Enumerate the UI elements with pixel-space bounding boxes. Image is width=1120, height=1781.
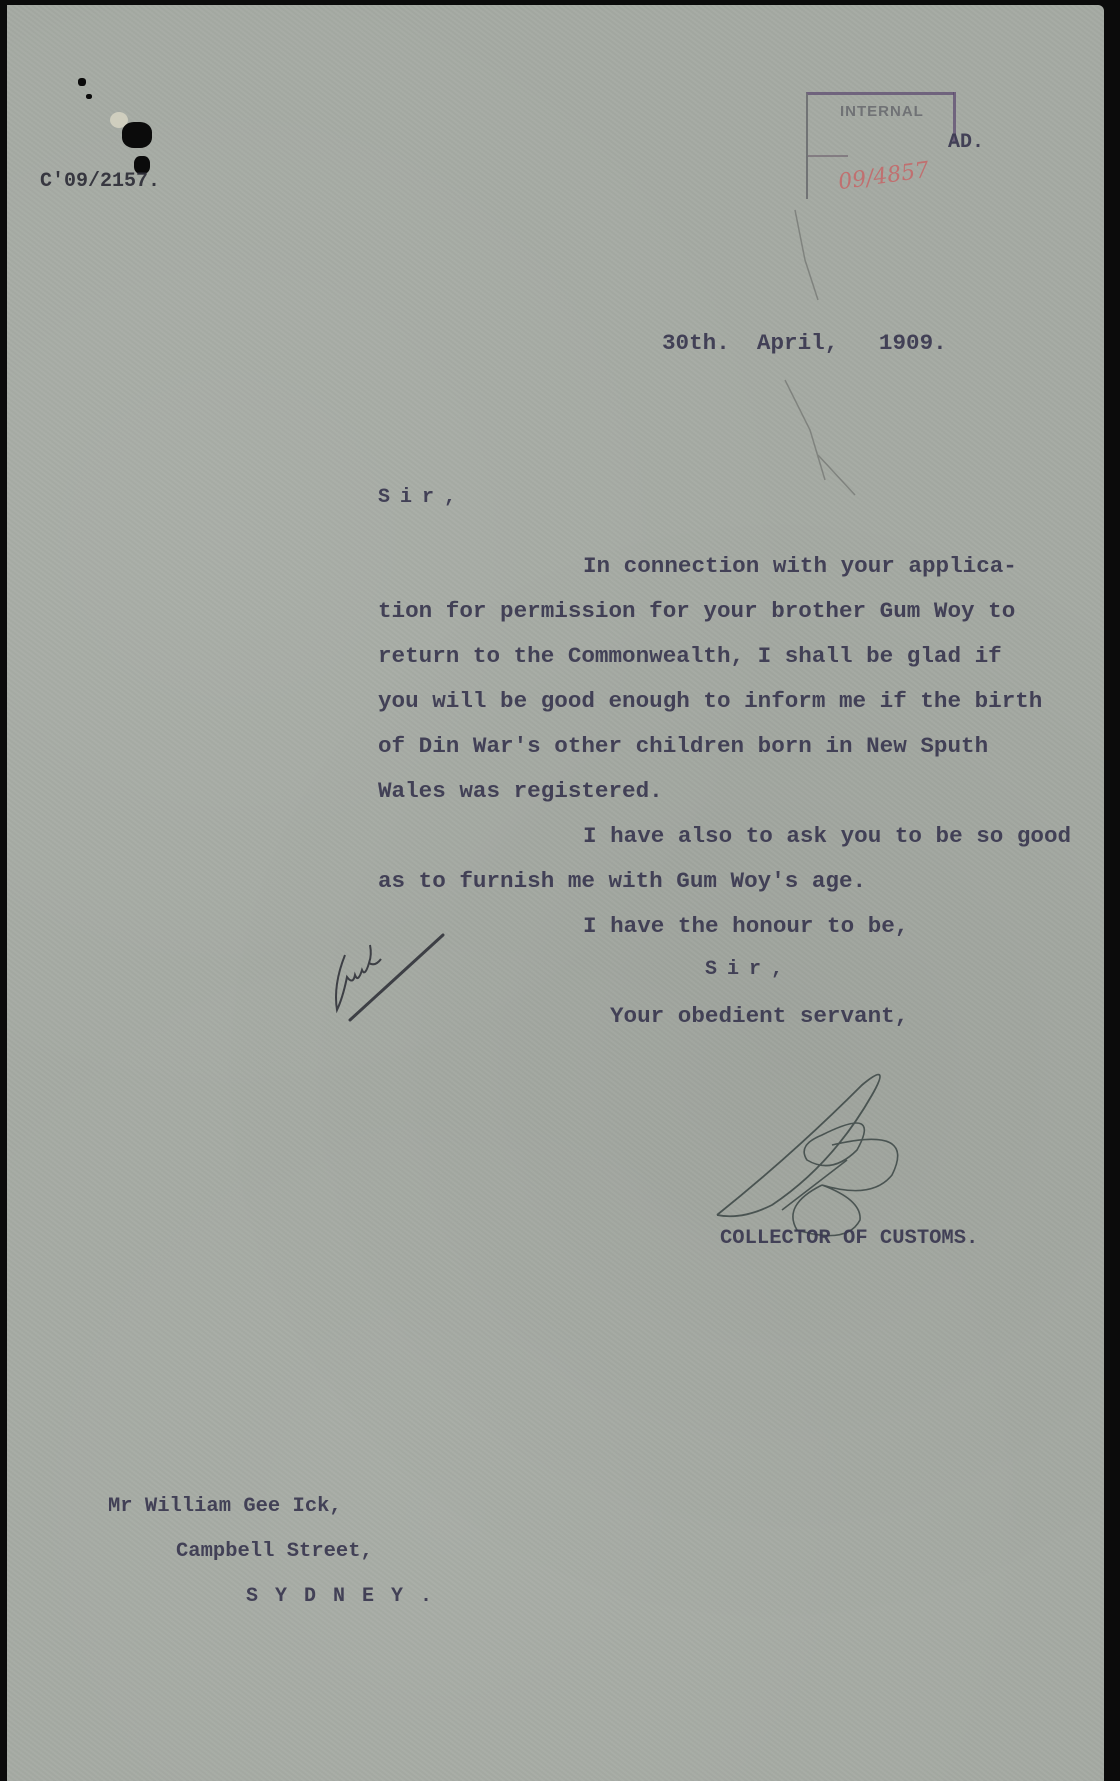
signature-title: COLLECTOR OF CUSTOMS. — [720, 1229, 978, 1250]
letter-date: 30th. April, 1909. — [662, 332, 947, 355]
body-line: tion for permission for your brother Gum… — [378, 600, 1015, 623]
body-line: Wales was registered. — [378, 780, 663, 803]
closing-salutation: Sir, — [705, 960, 793, 980]
body-line: as to furnish me with Gum Woy's age. — [378, 870, 866, 893]
addressee-street: Campbell Street, — [176, 1542, 373, 1563]
body-line: In connection with your applica- — [583, 555, 1017, 578]
body-line: of Din War's other children born in New … — [378, 735, 988, 758]
handwritten-initials — [325, 915, 455, 1025]
body-line: I have also to ask you to be so good — [583, 825, 1071, 848]
salutation: Sir, — [378, 488, 466, 508]
body-line: return to the Commonwealth, I shall be g… — [378, 645, 1002, 668]
body-line: you will be good enough to inform me if … — [378, 690, 1042, 713]
addressee-city: SYDNEY. — [246, 1587, 449, 1607]
addressee-name: Mr William Gee Ick, — [108, 1497, 342, 1518]
closing-line: I have the honour to be, — [583, 915, 908, 938]
closing-line: Your obedient servant, — [610, 1005, 908, 1028]
handwritten-signature — [712, 1065, 912, 1240]
